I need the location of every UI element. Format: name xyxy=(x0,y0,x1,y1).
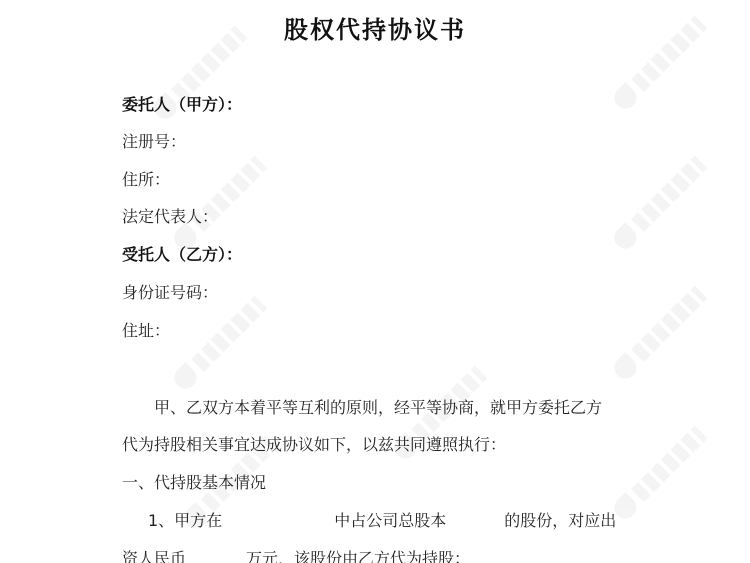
document-title: 股权代持协议书 xyxy=(0,10,750,45)
legal-representative-label: 法定代表人： xyxy=(122,207,218,227)
watermark-logo xyxy=(168,291,271,394)
registration-number-label: 注册号： xyxy=(122,132,186,152)
section-1-heading: 一、代持股基本情况 xyxy=(122,473,266,493)
clause-1-line2-part1: 资人民币 xyxy=(122,549,186,563)
clause-1-line2: 资人民币万元，该股份由乙方代为持股； xyxy=(122,549,470,563)
clause-1-text-part3: 的股份，对应出 xyxy=(504,511,616,530)
clause-1-text-part2: 中占公司总股本 xyxy=(334,511,446,530)
party-b-address-label: 住址： xyxy=(122,321,170,341)
clause-1-text-part1: 1、甲方在 xyxy=(148,511,222,530)
watermark-logo xyxy=(608,421,711,524)
intro-paragraph-line2: 代为持股相关事宜达成协议如下，以兹共同遵照执行： xyxy=(122,435,506,455)
party-a-address-label: 住所： xyxy=(122,170,170,190)
clause-1-line2-part2: 万元，该股份由乙方代为持股； xyxy=(246,549,470,563)
watermark-logo xyxy=(608,151,711,254)
clause-1-line1: 1、甲方在中占公司总股本的股份，对应出 xyxy=(148,511,616,531)
party-a-heading: 委托人（甲方）： xyxy=(122,95,242,115)
watermark-logo xyxy=(608,281,711,384)
id-number-label: 身份证号码： xyxy=(122,283,218,303)
intro-paragraph-line1: 甲、乙双方本着平等互利的原则，经平等协商，就甲方委托乙方 xyxy=(154,398,602,418)
party-b-heading: 受托人（乙方）： xyxy=(122,245,242,265)
watermark-logo xyxy=(168,151,271,254)
